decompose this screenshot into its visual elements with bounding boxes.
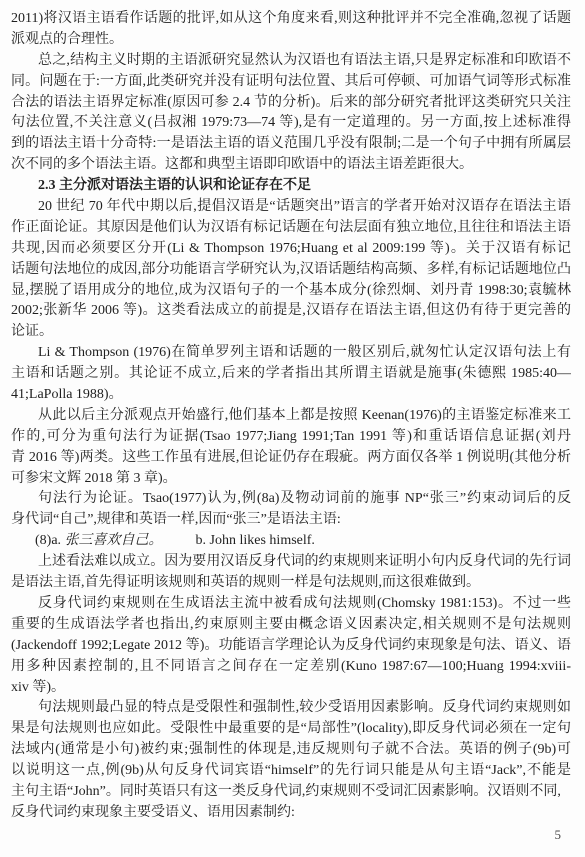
example-sentence-row: (8)a. 张三喜欢自己。b. John likes himself. — [11, 531, 571, 552]
text-line: 总之,结构主义时期的主语派研究显然认为汉语也有语法主语,只是界定标准和印欧语不 — [11, 51, 571, 72]
text-line: 合法的语法主语界定标准(原因可参 2.4 节的分析)。后来的部分研究者批评这类研… — [11, 93, 571, 114]
text-line: 重要的生成语法学者也指出,约束原则主要由概念语义因素决定,相关规则不是句法规则 — [11, 615, 571, 636]
example-chinese-italic: 张三喜欢自己。 — [65, 533, 163, 548]
text-line: 显,摆脱了语用成分的地位,成为汉语句子的一个基本成分(徐烈炯、刘丹青 1998:… — [11, 281, 571, 302]
text-line: xiv 等)。 — [11, 678, 571, 699]
text-line: 20 世纪 70 年代中期以后,提倡汉语是“话题突出”语言的学者开始对汉语存在语… — [11, 197, 571, 218]
text-line: 青 2016 等)两类。这些工作虽有进展,但论证仍存在瑕疵。两方面仅各举 1 例… — [11, 448, 571, 469]
text-line: 句法规则最凸显的特点是受限性和强制性,较少受语用因素影响。反身代词约束规则如 — [11, 698, 571, 719]
example-label: (8)a. — [35, 533, 65, 548]
text-line: 话题句法地位的成因,部分功能语言学研究认为,汉语话题结构高频、多样,有标记话题地… — [11, 260, 571, 281]
text-line: (Jackendoff 1992;Legate 2012 等)。功能语言学理论认… — [11, 636, 571, 657]
text-line: 主句主语“John”。同时英语只有这一类反身代词,约束规则不受词汇因素影响。汉语… — [11, 782, 571, 803]
text-line: 派观点的合理性。 — [11, 30, 571, 51]
text-line: 反身代词约束规则在生成语法主流中被看成句法规则(Chomsky 1981:153… — [11, 594, 571, 615]
text-line: 论证。 — [11, 322, 571, 343]
text-line: 次不同的多个语法主语。这都和典型主语即印欧语中的语法主语差距很大。 — [11, 155, 571, 176]
text-line: 到的语法主语十分奇特:一是语法主语的语义范围几乎没有限制;二是一个句子中拥有所属… — [11, 134, 571, 155]
example-english: b. John likes himself. — [196, 533, 315, 548]
text-line: 作正面论证。其原因是他们认为汉语有标记话题在句法层面有独立地位,且往往和语法主语 — [11, 218, 571, 239]
text-line: 用多种因素控制的,且不同语言之间存在一定差别(Kuno 1987:67—100;… — [11, 657, 571, 678]
text-line: 法域内(通常是小句)被约束;强制性的体现是,违反规则句子就不合法。英语的例子(9… — [11, 740, 571, 761]
section-heading: 2.3 主分派对语法主语的认识和论证存在不足 — [11, 176, 571, 197]
text-line: 可参宋文辉 2018 第 3 章)。 — [11, 469, 571, 490]
text-line: 主语和话题之别。其论证不成立,后来的学者指出其所谓主语就是施事(朱德熙 1985… — [11, 364, 571, 385]
text-line: 是语法主语,首先得证明该规则和英语的规则一样是句法规则,而这很难做到。 — [11, 573, 571, 594]
text-line: 果是句法规则也应如此。受限性中最重要的是“局部性”(locality),即反身代… — [11, 719, 571, 740]
text-line: 句法位置,不关注意义(吕叔湘 1979:73—74 等),是有一定道理的。另一方… — [11, 113, 571, 134]
text-line: 共现,因而必须要区分开(Li & Thompson 1976;Huang et … — [11, 239, 571, 260]
article-body: 2011)将汉语主语看作话题的批评,如从这个角度来看,则这种批评并不完全准确,忽… — [11, 9, 571, 824]
text-line: 上述看法难以成立。因为要用汉语反身代词的约束规则来证明小句内反身代词的先行词 — [11, 552, 571, 573]
text-line: 作的,可分为重句法行为证据(Tsao 1977;Jiang 1991;Tan 1… — [11, 427, 571, 448]
text-line: Li & Thompson (1976)在简单罗列主语和话题的一般区别后,就匆忙… — [11, 343, 571, 364]
text-line: 2002;张新华 2006 等)。这类看法成立的前提是,汉语存在语法主语,但这仍… — [11, 301, 571, 322]
text-line: 身代词“自己”,规律和英语一样,因而“张三”是语法主语: — [11, 510, 571, 531]
text-line: 以说明这一点,例(9b)从句反身代词宾语“himself”的先行词只能是从句主语… — [11, 761, 571, 782]
text-line: 句法行为论证。Tsao(1977)认为,例(8a)及物动词前的施事 NP“张三”… — [11, 489, 571, 510]
text-line: 反身代词约束现象主要受语义、语用因素制约: — [11, 803, 571, 824]
text-line: 41;LaPolla 1988)。 — [11, 385, 571, 406]
text-line: 2011)将汉语主语看作话题的批评,如从这个角度来看,则这种批评并不完全准确,忽… — [11, 9, 571, 30]
text-line: 同。问题在于:一方面,此类研究并没有证明句法位置、其后可停顿、可加语气词等形式标… — [11, 72, 571, 93]
document-page: 2011)将汉语主语看作话题的批评,如从这个角度来看,则这种批评并不完全准确,忽… — [0, 0, 585, 857]
page-number: 5 — [555, 827, 562, 843]
text-line: 从此以后主分派观点开始盛行,他们基本上都是按照 Keenan(1976)的主语鉴… — [11, 406, 571, 427]
